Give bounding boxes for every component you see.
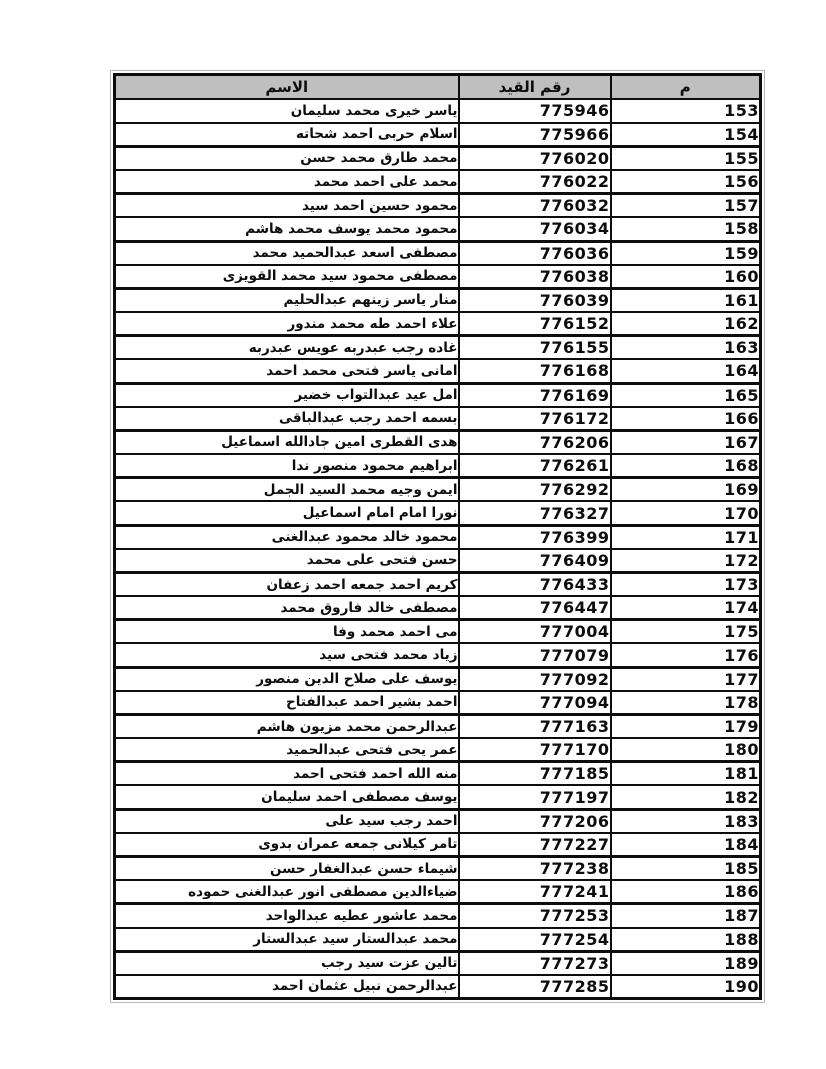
table-row: 175 777004 مى احمد محمد وفا bbox=[115, 620, 761, 644]
row-registration-number: 777004 bbox=[459, 620, 611, 644]
row-serial-number: 162 bbox=[611, 312, 761, 336]
table-row: 161 776039 منار ياسر زينهم عبدالحليم bbox=[115, 288, 761, 312]
row-serial-number: 170 bbox=[611, 501, 761, 525]
row-registration-number: 776034 bbox=[459, 217, 611, 241]
row-serial-number: 173 bbox=[611, 572, 761, 596]
row-serial-number: 185 bbox=[611, 857, 761, 881]
row-registration-number: 776399 bbox=[459, 525, 611, 549]
row-serial-number: 168 bbox=[611, 454, 761, 478]
row-student-name: عبدالرحمن محمد مزيون هاشم bbox=[115, 714, 459, 738]
row-student-name: هدى القطرى امين جادالله اسماعيل bbox=[115, 430, 459, 454]
row-student-name: امل عيد عبدالتواب خضير bbox=[115, 383, 459, 407]
row-serial-number: 159 bbox=[611, 241, 761, 265]
row-registration-number: 776433 bbox=[459, 572, 611, 596]
row-serial-number: 175 bbox=[611, 620, 761, 644]
row-student-name: اسلام حربى احمد شحاته bbox=[115, 123, 459, 147]
row-registration-number: 776172 bbox=[459, 407, 611, 431]
table-row: 186 777241 ضياءالدين مصطفى انور عبدالغنى… bbox=[115, 880, 761, 904]
row-registration-number: 777206 bbox=[459, 809, 611, 833]
row-student-name: بسمه احمد رجب عبدالباقى bbox=[115, 407, 459, 431]
row-registration-number: 777238 bbox=[459, 857, 611, 881]
table-row: 181 777185 منه الله احمد فتحى احمد bbox=[115, 762, 761, 786]
table-row: 157 776032 محمود حسين احمد سيد bbox=[115, 194, 761, 218]
row-student-name: منه الله احمد فتحى احمد bbox=[115, 762, 459, 786]
table-row: 153 775946 ياسر خيرى محمد سليمان bbox=[115, 99, 761, 123]
table-row: 176 777079 زياد محمد فتحى سيد bbox=[115, 643, 761, 667]
row-registration-number: 776447 bbox=[459, 596, 611, 620]
row-registration-number: 777227 bbox=[459, 833, 611, 857]
row-student-name: ايمن وجيه محمد السيد الجمل bbox=[115, 478, 459, 502]
row-registration-number: 777285 bbox=[459, 975, 611, 999]
row-student-name: مصطفى خالد فاروق محمد bbox=[115, 596, 459, 620]
row-student-name: محمود محمد يوسف محمد هاشم bbox=[115, 217, 459, 241]
table-row: 162 776152 علاء احمد طه محمد مندور bbox=[115, 312, 761, 336]
table-row: 188 777254 محمد عبدالستار سيد عبدالستار bbox=[115, 928, 761, 952]
row-student-name: احمد رجب سيد على bbox=[115, 809, 459, 833]
row-registration-number: 776155 bbox=[459, 336, 611, 360]
row-registration-number: 776261 bbox=[459, 454, 611, 478]
row-student-name: عمر يحى فتحى عبدالحميد bbox=[115, 738, 459, 762]
row-registration-number: 775966 bbox=[459, 123, 611, 147]
table-row: 183 777206 احمد رجب سيد على bbox=[115, 809, 761, 833]
row-serial-number: 182 bbox=[611, 785, 761, 809]
table-row: 163 776155 غاده رجب عبدربه عويس عبدربه bbox=[115, 336, 761, 360]
row-student-name: منار ياسر زينهم عبدالحليم bbox=[115, 288, 459, 312]
row-student-name: مصطفى اسعد عبدالحميد محمد bbox=[115, 241, 459, 265]
row-student-name: محمود خالد محمود عبدالغنى bbox=[115, 525, 459, 549]
row-registration-number: 777094 bbox=[459, 691, 611, 715]
row-registration-number: 776032 bbox=[459, 194, 611, 218]
row-serial-number: 174 bbox=[611, 596, 761, 620]
row-serial-number: 156 bbox=[611, 170, 761, 194]
row-serial-number: 160 bbox=[611, 265, 761, 289]
row-student-name: يوسف مصطفى احمد سليمان bbox=[115, 785, 459, 809]
table-row: 172 776409 حسن فتحى على محمد bbox=[115, 549, 761, 573]
row-serial-number: 184 bbox=[611, 833, 761, 857]
row-serial-number: 177 bbox=[611, 667, 761, 691]
table-row: 185 777238 شيماء حسن عبدالغفار حسن bbox=[115, 857, 761, 881]
row-registration-number: 777170 bbox=[459, 738, 611, 762]
table-row: 165 776169 امل عيد عبدالتواب خضير bbox=[115, 383, 761, 407]
table-row: 182 777197 يوسف مصطفى احمد سليمان bbox=[115, 785, 761, 809]
table-row: 168 776261 ابراهيم محمود منصور ندا bbox=[115, 454, 761, 478]
row-registration-number: 777185 bbox=[459, 762, 611, 786]
table-row: 184 777227 تامر كيلانى جمعه عمران بدوى bbox=[115, 833, 761, 857]
row-registration-number: 777273 bbox=[459, 951, 611, 975]
row-serial-number: 176 bbox=[611, 643, 761, 667]
row-registration-number: 776020 bbox=[459, 146, 611, 170]
row-serial-number: 167 bbox=[611, 430, 761, 454]
row-registration-number: 777241 bbox=[459, 880, 611, 904]
row-student-name: حسن فتحى على محمد bbox=[115, 549, 459, 573]
row-student-name: امانى ياسر فتحى محمد احمد bbox=[115, 359, 459, 383]
roster-body: 153 775946 ياسر خيرى محمد سليمان 154 775… bbox=[115, 99, 761, 999]
table-row: 158 776034 محمود محمد يوسف محمد هاشم bbox=[115, 217, 761, 241]
row-serial-number: 190 bbox=[611, 975, 761, 999]
row-serial-number: 188 bbox=[611, 928, 761, 952]
row-student-name: ضياءالدين مصطفى انور عبدالغنى حموده bbox=[115, 880, 459, 904]
table-row: 180 777170 عمر يحى فتحى عبدالحميد bbox=[115, 738, 761, 762]
row-registration-number: 777092 bbox=[459, 667, 611, 691]
roster-table: م رقم القيد الاسم 153 775946 ياسر خيرى م… bbox=[113, 73, 762, 1000]
row-serial-number: 179 bbox=[611, 714, 761, 738]
row-registration-number: 776206 bbox=[459, 430, 611, 454]
row-serial-number: 153 bbox=[611, 99, 761, 123]
row-serial-number: 164 bbox=[611, 359, 761, 383]
row-registration-number: 776022 bbox=[459, 170, 611, 194]
table-row: 160 776038 مصطفى محمود سيد محمد القويزى bbox=[115, 265, 761, 289]
row-student-name: مصطفى محمود سيد محمد القويزى bbox=[115, 265, 459, 289]
row-serial-number: 178 bbox=[611, 691, 761, 715]
row-student-name: ياسر خيرى محمد سليمان bbox=[115, 99, 459, 123]
row-registration-number: 776169 bbox=[459, 383, 611, 407]
row-serial-number: 172 bbox=[611, 549, 761, 573]
row-registration-number: 776292 bbox=[459, 478, 611, 502]
table-row: 164 776168 امانى ياسر فتحى محمد احمد bbox=[115, 359, 761, 383]
row-student-name: شيماء حسن عبدالغفار حسن bbox=[115, 857, 459, 881]
table-row: 154 775966 اسلام حربى احمد شحاته bbox=[115, 123, 761, 147]
table-row: 159 776036 مصطفى اسعد عبدالحميد محمد bbox=[115, 241, 761, 265]
row-student-name: غاده رجب عبدربه عويس عبدربه bbox=[115, 336, 459, 360]
row-registration-number: 776327 bbox=[459, 501, 611, 525]
table-row: 190 777285 عبدالرحمن نبيل عثمان احمد bbox=[115, 975, 761, 999]
row-student-name: محمد على احمد محمد bbox=[115, 170, 459, 194]
row-registration-number: 777079 bbox=[459, 643, 611, 667]
table-row: 166 776172 بسمه احمد رجب عبدالباقى bbox=[115, 407, 761, 431]
row-student-name: يوسف على صلاح الدين منصور bbox=[115, 667, 459, 691]
row-registration-number: 777254 bbox=[459, 928, 611, 952]
table-row: 171 776399 محمود خالد محمود عبدالغنى bbox=[115, 525, 761, 549]
row-student-name: زياد محمد فتحى سيد bbox=[115, 643, 459, 667]
row-registration-number: 776152 bbox=[459, 312, 611, 336]
header-serial: م bbox=[611, 75, 761, 100]
row-student-name: احمد بشير احمد عبدالفتاح bbox=[115, 691, 459, 715]
header-name: الاسم bbox=[115, 75, 459, 100]
header-row: م رقم القيد الاسم bbox=[115, 75, 761, 100]
row-student-name: محمد عاشور عطيه عبدالواحد bbox=[115, 904, 459, 928]
row-registration-number: 776409 bbox=[459, 549, 611, 573]
row-serial-number: 154 bbox=[611, 123, 761, 147]
row-registration-number: 777163 bbox=[459, 714, 611, 738]
row-registration-number: 776038 bbox=[459, 265, 611, 289]
table-row: 178 777094 احمد بشير احمد عبدالفتاح bbox=[115, 691, 761, 715]
row-serial-number: 186 bbox=[611, 880, 761, 904]
table-row: 169 776292 ايمن وجيه محمد السيد الجمل bbox=[115, 478, 761, 502]
row-student-name: علاء احمد طه محمد مندور bbox=[115, 312, 459, 336]
table-row: 167 776206 هدى القطرى امين جادالله اسماع… bbox=[115, 430, 761, 454]
row-registration-number: 777253 bbox=[459, 904, 611, 928]
row-registration-number: 776036 bbox=[459, 241, 611, 265]
row-serial-number: 165 bbox=[611, 383, 761, 407]
row-serial-number: 183 bbox=[611, 809, 761, 833]
table-row: 177 777092 يوسف على صلاح الدين منصور bbox=[115, 667, 761, 691]
row-serial-number: 189 bbox=[611, 951, 761, 975]
row-student-name: محمود حسين احمد سيد bbox=[115, 194, 459, 218]
row-student-name: تامر كيلانى جمعه عمران بدوى bbox=[115, 833, 459, 857]
row-serial-number: 180 bbox=[611, 738, 761, 762]
row-serial-number: 171 bbox=[611, 525, 761, 549]
row-serial-number: 187 bbox=[611, 904, 761, 928]
table-row: 155 776020 محمد طارق محمد حسن bbox=[115, 146, 761, 170]
header-registration-number: رقم القيد bbox=[459, 75, 611, 100]
row-student-name: محمد عبدالستار سيد عبدالستار bbox=[115, 928, 459, 952]
row-serial-number: 169 bbox=[611, 478, 761, 502]
table-row: 170 776327 نورا امام امام اسماعيل bbox=[115, 501, 761, 525]
row-serial-number: 158 bbox=[611, 217, 761, 241]
row-registration-number: 777197 bbox=[459, 785, 611, 809]
table-row: 174 776447 مصطفى خالد فاروق محمد bbox=[115, 596, 761, 620]
table-row: 187 777253 محمد عاشور عطيه عبدالواحد bbox=[115, 904, 761, 928]
row-student-name: كريم احمد جمعه احمد زعفان bbox=[115, 572, 459, 596]
row-student-name: محمد طارق محمد حسن bbox=[115, 146, 459, 170]
row-serial-number: 163 bbox=[611, 336, 761, 360]
row-serial-number: 166 bbox=[611, 407, 761, 431]
row-student-name: نورا امام امام اسماعيل bbox=[115, 501, 459, 525]
row-registration-number: 776039 bbox=[459, 288, 611, 312]
table-row: 156 776022 محمد على احمد محمد bbox=[115, 170, 761, 194]
row-serial-number: 161 bbox=[611, 288, 761, 312]
row-serial-number: 181 bbox=[611, 762, 761, 786]
table-row: 179 777163 عبدالرحمن محمد مزيون هاشم bbox=[115, 714, 761, 738]
table-row: 189 777273 تالين عزت سيد رجب bbox=[115, 951, 761, 975]
table-row: 173 776433 كريم احمد جمعه احمد زعفان bbox=[115, 572, 761, 596]
row-student-name: عبدالرحمن نبيل عثمان احمد bbox=[115, 975, 459, 999]
row-student-name: مى احمد محمد وفا bbox=[115, 620, 459, 644]
row-registration-number: 776168 bbox=[459, 359, 611, 383]
row-serial-number: 157 bbox=[611, 194, 761, 218]
row-registration-number: 775946 bbox=[459, 99, 611, 123]
scanned-document-page: م رقم القيد الاسم 153 775946 ياسر خيرى م… bbox=[0, 0, 826, 1069]
row-serial-number: 155 bbox=[611, 146, 761, 170]
row-student-name: ابراهيم محمود منصور ندا bbox=[115, 454, 459, 478]
row-student-name: تالين عزت سيد رجب bbox=[115, 951, 459, 975]
